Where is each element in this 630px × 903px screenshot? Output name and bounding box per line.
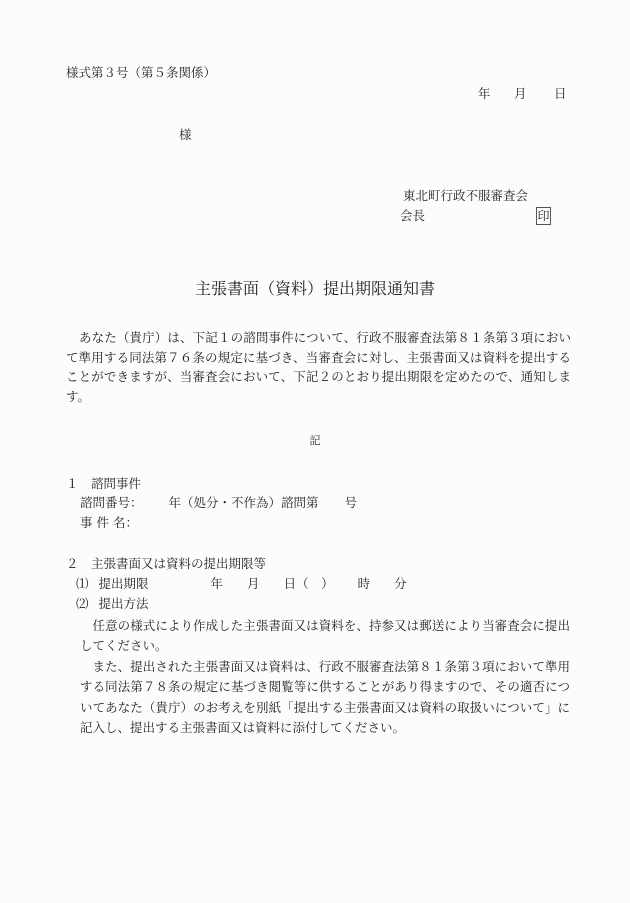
form-number: 様式第３号（第５条関係）: [66, 67, 216, 80]
date-month-label: 月: [514, 88, 554, 101]
addressee-suffix: 様: [179, 129, 192, 142]
deadline-row: ⑴提出期限年月日（ ）時分: [76, 578, 407, 591]
deadline-month: 月: [247, 576, 260, 591]
section1-heading: １ 諮問事件: [66, 478, 141, 491]
method-label: 提出方法: [99, 596, 149, 611]
sender-title: 会長: [400, 210, 425, 223]
sender-organization: 東北町行政不服審査会: [403, 190, 528, 203]
seal-mark: 印: [536, 207, 551, 225]
item1-marker: ⑴: [76, 576, 89, 591]
section2-heading: ２ 主張書面又は資料の提出期限等: [66, 558, 266, 571]
deadline-year: 年: [211, 576, 224, 591]
method-paragraph: 任意の様式により作成した主張書面又は資料を、持参又は郵送により当審査会に提出して…: [80, 616, 570, 657]
date-year-label: 年: [478, 88, 514, 101]
ki-heading: 記: [0, 435, 630, 446]
deadline-day: 日（ ）: [284, 576, 334, 591]
deadline-hour: 時: [358, 576, 371, 591]
date-day-label: 日: [554, 88, 567, 101]
date-line: 年月日: [478, 88, 567, 101]
document-title: 主張書面（資料）提出期限通知書: [0, 281, 630, 297]
deadline-label: 提出期限: [99, 576, 149, 591]
inquiry-year-text: 年（処分・不作為）諮問第: [169, 495, 319, 510]
intro-paragraph: あなた（貴庁）は、下記１の諮問事件について、行政不服審査法第８１条第３項において…: [66, 328, 571, 406]
deadline-minute: 分: [394, 576, 407, 591]
inquiry-no-suffix: 号: [345, 495, 358, 510]
inquiry-number-label: 諮問番号：: [80, 495, 143, 510]
item2-marker: ⑵: [76, 596, 89, 611]
disclosure-paragraph: また、提出された主張書面又は資料は、行政不服審査法第８１条第３項において準用する…: [80, 657, 570, 738]
inquiry-number-row: 諮問番号：年（処分・不作為）諮問第号: [80, 497, 357, 510]
case-name-label: 事 件 名：: [80, 517, 138, 530]
method-row: ⑵提出方法: [76, 598, 149, 611]
